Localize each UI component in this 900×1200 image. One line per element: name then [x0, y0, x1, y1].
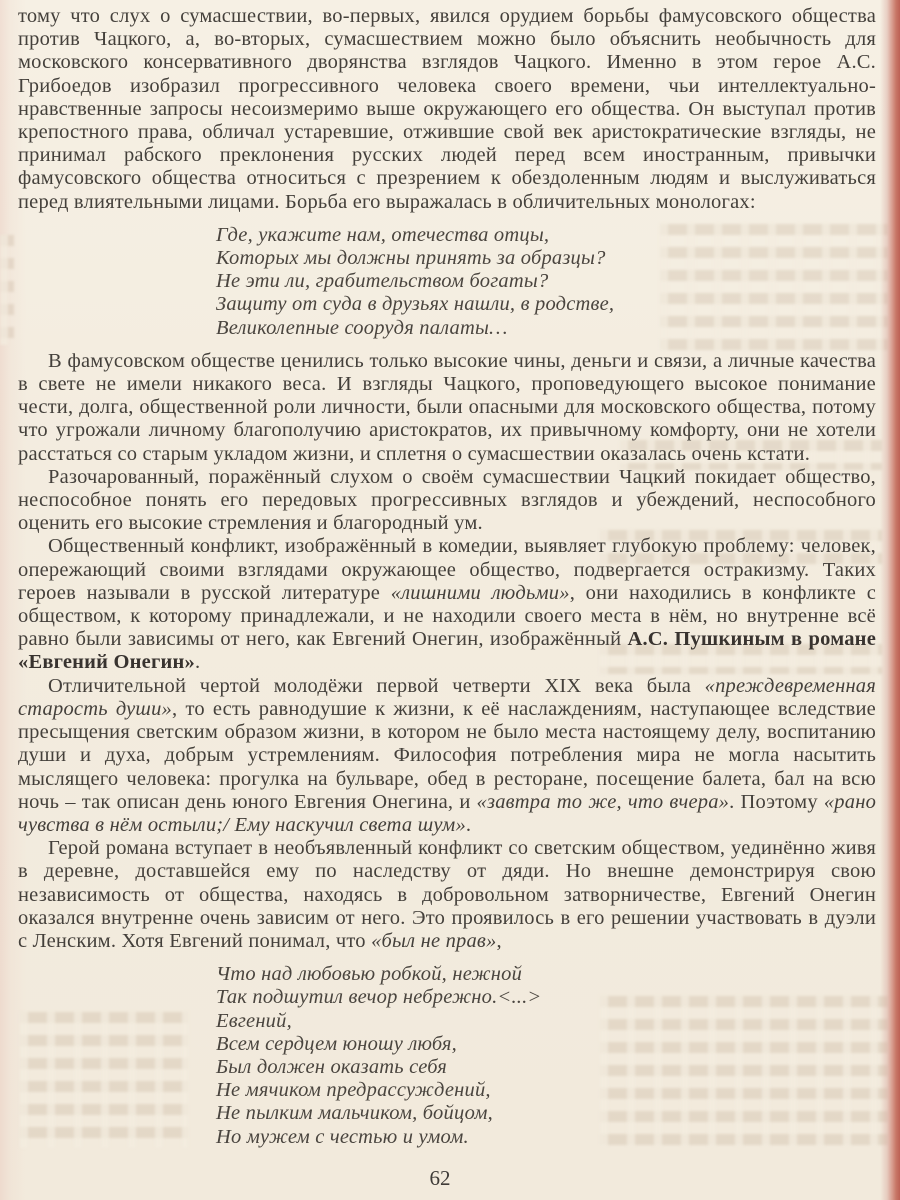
verse-line: Что над любовью робкой, нежной — [216, 963, 876, 986]
paragraph: Общественный конфликт, изображённый в ко… — [18, 535, 876, 674]
text-segment: . — [466, 814, 471, 836]
verse-line: Был должен оказать себя — [216, 1056, 876, 1079]
text-segment: Отличительной чертой молодёжи первой чет… — [48, 675, 705, 697]
text-segment: тому что слух о сумасшествии, во-первых,… — [18, 5, 876, 213]
verse-line: Где, укажите нам, отечества отцы, — [216, 224, 876, 247]
verse-line: Евгений, — [216, 1010, 876, 1033]
verse-quote: Где, укажите нам, отечества отцы,Которых… — [216, 224, 876, 340]
verse-line: Которых мы должны принять за образцы? — [216, 247, 876, 270]
verse-line: Но мужем с честью и умом. — [216, 1126, 876, 1149]
text-segment: . Поэтому — [729, 791, 824, 813]
book-edge-strip — [880, 0, 900, 1200]
paragraph: Герой романа вступает в необъявленный ко… — [18, 837, 876, 953]
verse-line: Защиту от суда в друзьях нашли, в родств… — [216, 293, 876, 316]
text-segment: Разочарованный, поражённый слухом о своё… — [18, 466, 876, 534]
verse-line: Не пылким мальчиком, бойцом, — [216, 1102, 876, 1125]
text-segment: В фамусовском обществе ценились только в… — [18, 350, 876, 465]
verse-line: Великолепные соорудя палаты… — [216, 317, 876, 340]
bleedthrough-text — [0, 235, 14, 345]
text-segment: . — [195, 651, 200, 673]
text-segment: «был не прав» — [371, 930, 496, 952]
page-text: тому что слух о сумасшествии, во-первых,… — [18, 5, 876, 1163]
text-segment: «лишними людьми» — [391, 582, 570, 604]
paragraph: тому что слух о сумасшествии, во-первых,… — [18, 5, 876, 214]
paragraph: Разочарованный, поражённый слухом о своё… — [18, 466, 876, 536]
page-number: 62 — [0, 1166, 880, 1191]
verse-quote: Что над любовью робкой, нежнойТак подшут… — [216, 963, 876, 1149]
verse-line: Всем сердцем юношу любя, — [216, 1033, 876, 1056]
verse-line: Не эти ли, грабительством богаты? — [216, 270, 876, 293]
verse-line: Не мячиком предрассуждений, — [216, 1079, 876, 1102]
paragraph: В фамусовском обществе ценились только в… — [18, 350, 876, 466]
text-segment: «завтра то же, что вчера» — [477, 791, 730, 813]
verse-line: Так подшутил вечор небрежно.<...> — [216, 986, 876, 1009]
book-page-scan: тому что слух о сумасшествии, во-первых,… — [0, 0, 900, 1200]
text-segment: , — [496, 930, 501, 952]
paragraph: Отличительной чертой молодёжи первой чет… — [18, 675, 876, 837]
